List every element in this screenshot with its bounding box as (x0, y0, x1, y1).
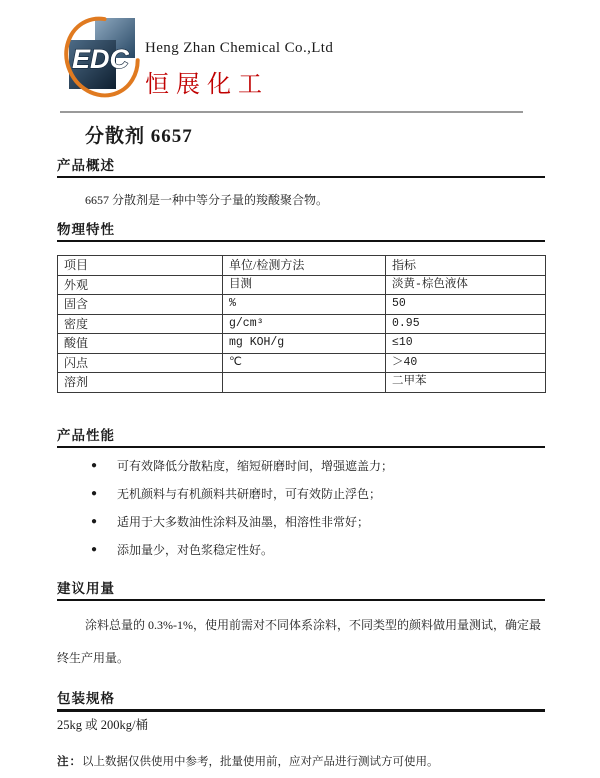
footnote-text: 以上数据仅供使用中参考，批量使用前，应对产品进行测试方可使用。 (82, 756, 439, 768)
cell-unit: mg KOH/g (223, 334, 386, 354)
table-row: 闪点 ℃ ＞40 (58, 353, 546, 373)
cell-value: ≤10 (386, 334, 546, 354)
bullet-text: 适用于大多数油性涂料及油墨，相溶性非常好； (117, 515, 369, 529)
list-item: ●可有效降低分散粘度，缩短研磨时间，增强遮盖力； (57, 458, 545, 474)
cell-unit: g/cm³ (223, 314, 386, 334)
bullet-text: 可有效降低分散粘度，缩短研磨时间，增强遮盖力； (117, 459, 393, 473)
cell-value: 50 (386, 295, 546, 315)
cell-item: 固含 (58, 295, 223, 315)
cell-item: 闪点 (58, 353, 223, 373)
cell-unit: ℃ (223, 353, 386, 373)
company-name-block: Heng Zhan Chemical Co.,Ltd 恒展化工 (145, 40, 333, 99)
bullet-icon: ● (91, 461, 97, 471)
cell-item: 酸值 (58, 334, 223, 354)
col-header-spec: 指标 (386, 256, 546, 276)
product-title: 分散剂 6657 (57, 126, 545, 148)
cell-unit (223, 373, 386, 393)
company-logo: EDC (62, 13, 140, 99)
company-name-chinese: 恒展化工 (145, 64, 333, 99)
cell-item: 密度 (58, 314, 223, 334)
section-heading-packaging: 包装规格 (57, 691, 545, 712)
bullet-icon: ● (91, 545, 97, 555)
footnote-label: 注： (57, 756, 82, 768)
section-heading-physical: 物理特性 (57, 222, 545, 242)
physical-properties-table: 项目 单位/检测方法 指标 外观 目测 淡黄-棕色液体 固含 % 50 密度 g… (57, 255, 546, 393)
cell-unit: 目测 (223, 275, 386, 295)
section-heading-overview: 产品概述 (57, 158, 545, 178)
cell-item: 溶剂 (58, 373, 223, 393)
overview-paragraph: 6657 分散剂是一种中等分子量的羧酸聚合物。 (57, 192, 545, 208)
table-row: 酸值 mg KOH/g ≤10 (58, 334, 546, 354)
table-row: 固含 % 50 (58, 295, 546, 315)
document-content: 分散剂 6657 产品概述 6657 分散剂是一种中等分子量的羧酸聚合物。 物理… (57, 126, 545, 770)
table-header-row: 项目 单位/检测方法 指标 (58, 256, 546, 276)
bullet-text: 无机颜料与有机颜料共研磨时，可有效防止浮色； (117, 487, 381, 501)
dosage-paragraph: 涂料总量的 0.3%-1%，使用前需对不同体系涂料，不同类型的颜料做用量测试，确… (57, 609, 545, 675)
performance-bullet-list: ●可有效降低分散粘度，缩短研磨时间，增强遮盖力； ●无机颜料与有机颜料共研磨时，… (57, 458, 545, 558)
bullet-text: 添加量少，对色浆稳定性好。 (117, 543, 273, 557)
logo-text: EDC (72, 44, 130, 74)
table-row: 溶剂 二甲苯 (58, 373, 546, 393)
datasheet-page: EDC Heng Zhan Chemical Co.,Ltd 恒展化工 分散剂 … (0, 0, 600, 778)
cell-value: ＞40 (386, 353, 546, 373)
section-heading-performance: 产品性能 (57, 428, 545, 448)
list-item: ●添加量少，对色浆稳定性好。 (57, 542, 545, 558)
list-item: ●无机颜料与有机颜料共研磨时，可有效防止浮色； (57, 486, 545, 502)
cell-item: 外观 (58, 275, 223, 295)
footnote: 注：以上数据仅供使用中参考，批量使用前，应对产品进行测试方可使用。 (57, 755, 545, 770)
table-row: 密度 g/cm³ 0.95 (58, 314, 546, 334)
header-divider (60, 111, 523, 113)
section-heading-dosage: 建议用量 (57, 581, 545, 601)
col-header-unit: 单位/检测方法 (223, 256, 386, 276)
col-header-item: 项目 (58, 256, 223, 276)
cell-value: 二甲苯 (386, 373, 546, 393)
bullet-icon: ● (91, 489, 97, 499)
cell-value: 0.95 (386, 314, 546, 334)
company-name-english: Heng Zhan Chemical Co.,Ltd (145, 40, 333, 57)
cell-unit: % (223, 295, 386, 315)
bullet-icon: ● (91, 517, 97, 527)
packaging-text: 25kg 或 200kg/桶 (57, 717, 545, 733)
edc-logo-graphic: EDC (62, 13, 140, 99)
table-row: 外观 目测 淡黄-棕色液体 (58, 275, 546, 295)
cell-value: 淡黄-棕色液体 (386, 275, 546, 295)
list-item: ●适用于大多数油性涂料及油墨，相溶性非常好； (57, 514, 545, 530)
